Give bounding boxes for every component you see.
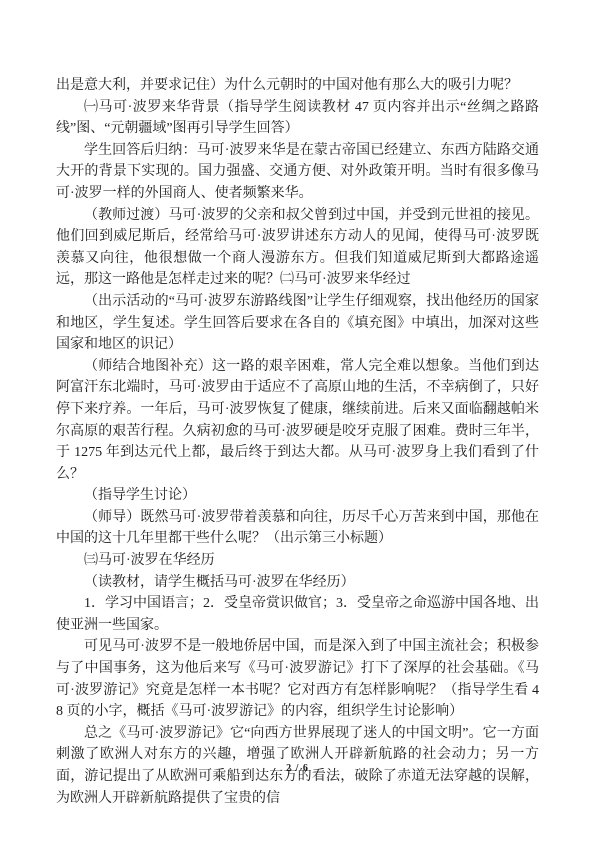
page-number: 2 / 6 (0, 763, 595, 774)
paragraph-numbered-list: 1．学习中国语言；2．受皇帝赏识做官；3．受皇帝之命巡游中国各地、出使亚洲一些国… (56, 593, 539, 636)
paragraph: （出示活动的“马可·波罗东游路线图”让学生仔细观察，找出他经历的国家和地区，学生… (56, 291, 539, 356)
document-body: 出是意大利，并要求记住）为什么元朝时的中国对他有那么大的吸引力呢？ ㈠马可·波罗… (56, 75, 539, 809)
paragraph: 出是意大利，并要求记住）为什么元朝时的中国对他有那么大的吸引力呢？ (56, 75, 539, 97)
paragraph-section-3-heading: ㈢马可·波罗在华经历 (56, 550, 539, 572)
paragraph-section-1-heading: ㈠马可·波罗来华背景（指导学生阅读教材 47 页内容并出示“丝绸之路路线”图、“… (56, 97, 539, 140)
paragraph: （读教材，请学生概括马可·波罗在华经历） (56, 572, 539, 594)
paragraph: （教师过渡）马可·波罗的父亲和叔父曾到过中国，并受到元世祖的接见。他们回到威尼斯… (56, 205, 539, 291)
paragraph: （师导）既然马可·波罗带着羡慕和向往，历尽千心万苦来到中国，那他在中国的这十几年… (56, 507, 539, 550)
paragraph: （指导学生讨论） (56, 485, 539, 507)
paragraph: （师结合地图补充）这一路的艰辛困难，常人完全难以想象。当他们到达阿富汗东北端时，… (56, 356, 539, 486)
paragraph: 学生回答后归纳：马可·波罗来华是在蒙古帝国已经建立、东西方陆路交通大开的背景下实… (56, 140, 539, 205)
document-page: 出是意大利，并要求记住）为什么元朝时的中国对他有那么大的吸引力呢？ ㈠马可·波罗… (0, 0, 595, 841)
paragraph: 可见马可·波罗不是一般地侨居中国，而是深入到了中国主流社会；积极参与了中国事务，… (56, 636, 539, 722)
